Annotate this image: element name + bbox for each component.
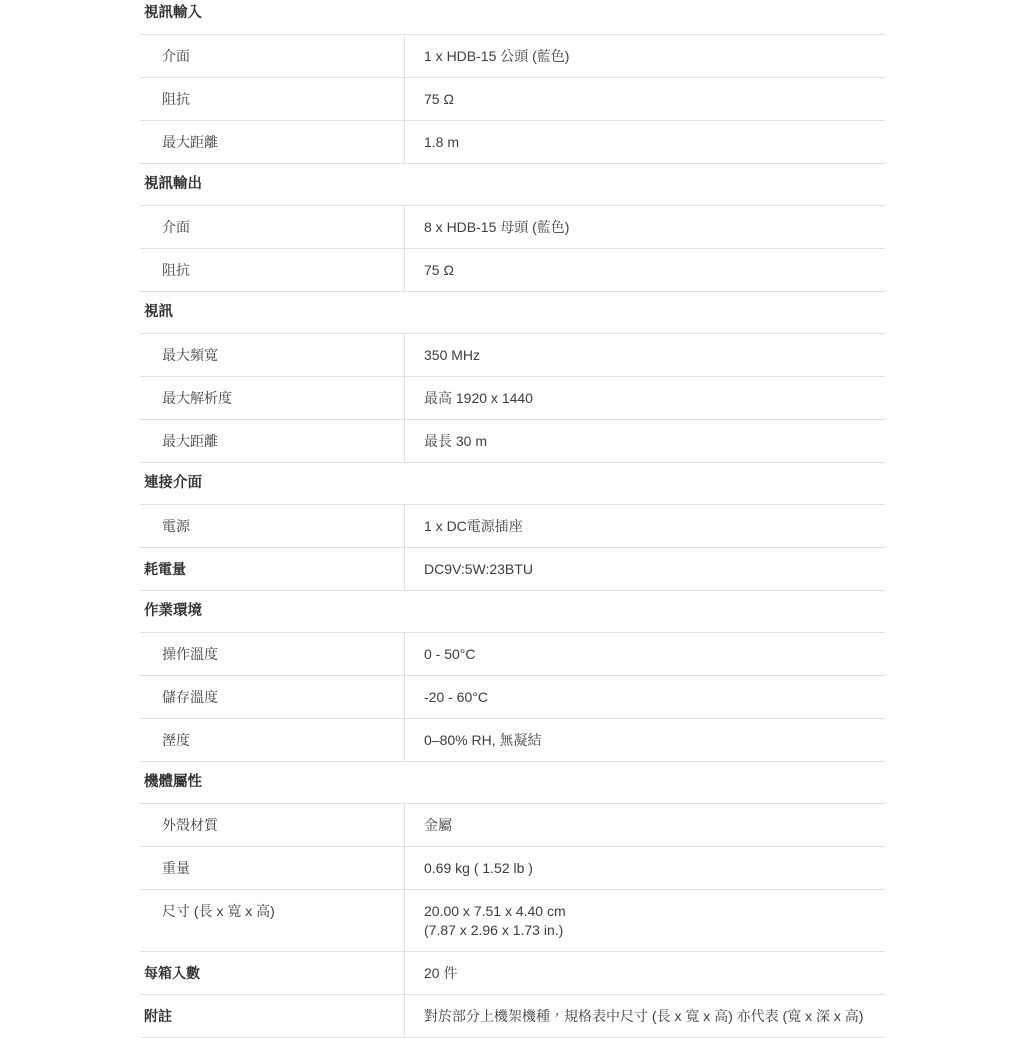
spec-label: 最大解析度 [140,377,405,419]
spec-row-video-max-bandwidth: 最大頻寬 350 MHz [140,334,885,377]
spec-value: 8 x HDB-15 母頭 (藍色) [405,206,885,248]
spec-label: 操作溫度 [140,633,405,675]
spec-row-humidity: 溼度 0–80% RH, 無凝結 [140,719,885,762]
spec-row-video-max-distance: 最大距離 最長 30 m [140,420,885,463]
spec-row-power-consumption: 耗電量 DC9V:5W:23BTU [140,548,885,591]
spec-table: 視訊輸入 介面 1 x HDB-15 公頭 (藍色) 阻抗 75 Ω 最大距離 … [140,0,885,1024]
spec-row-video-max-resolution: 最大解析度 最高 1920 x 1440 [140,377,885,420]
spec-label: 附註 [140,995,405,1024]
spec-value: 1.8 m [405,121,885,163]
spec-row-video-input-impedance: 阻抗 75 Ω [140,78,885,121]
spec-label: 介面 [140,206,405,248]
spec-value: 20 件 [405,952,885,994]
spec-row-weight: 重量 0.69 kg ( 1.52 lb ) [140,847,885,890]
spec-label: 尺寸 (長 x 寬 x 高) [140,890,405,951]
spec-label: 耗電量 [140,548,405,590]
spec-value: 最長 30 m [405,420,885,462]
spec-value: 金屬 [405,804,885,846]
spec-row-video-output-interface: 介面 8 x HDB-15 母頭 (藍色) [140,206,885,249]
spec-value: 最高 1920 x 1440 [405,377,885,419]
spec-label: 阻抗 [140,78,405,120]
spec-value: 1 x DC電源插座 [405,505,885,547]
spec-row-video-output-impedance: 阻抗 75 Ω [140,249,885,292]
section-header-environment: 作業環境 [140,591,885,633]
spec-label: 最大頻寬 [140,334,405,376]
spec-label: 最大距離 [140,420,405,462]
spec-label: 外殼材質 [140,804,405,846]
spec-row-video-input-max-distance: 最大距離 1.8 m [140,121,885,164]
spec-label: 每箱入數 [140,952,405,994]
spec-label: 溼度 [140,719,405,761]
spec-value-line-cm: 20.00 x 7.51 x 4.40 cm [424,902,873,921]
spec-value: 350 MHz [405,334,885,376]
spec-label: 重量 [140,847,405,889]
spec-value: -20 - 60°C [405,676,885,718]
spec-value: DC9V:5W:23BTU [405,548,885,590]
spec-value: 75 Ω [405,249,885,291]
spec-value: 對於部分上機架機種，規格表中尺寸 (長 x 寬 x 高) 亦代表 (寬 x 深 … [405,995,885,1024]
spec-label: 最大距離 [140,121,405,163]
section-header-video-output: 視訊輸出 [140,164,885,206]
spec-row-video-input-interface: 介面 1 x HDB-15 公頭 (藍色) [140,35,885,78]
section-header-physical: 機體屬性 [140,762,885,804]
spec-row-carton-quantity: 每箱入數 20 件 [140,952,885,995]
section-header-video-input: 視訊輸入 [140,0,885,35]
section-header-connectors: 連接介面 [140,463,885,505]
spec-label: 儲存溫度 [140,676,405,718]
spec-row-dimensions: 尺寸 (長 x 寬 x 高) 20.00 x 7.51 x 4.40 cm (7… [140,890,885,952]
spec-row-housing-material: 外殼材質 金屬 [140,804,885,847]
spec-value: 0 - 50°C [405,633,885,675]
spec-row-power-connector: 電源 1 x DC電源插座 [140,505,885,548]
spec-row-storage-temperature: 儲存溫度 -20 - 60°C [140,676,885,719]
spec-value: 1 x HDB-15 公頭 (藍色) [405,35,885,77]
spec-label: 介面 [140,35,405,77]
spec-value-line-in: (7.87 x 2.96 x 1.73 in.) [424,921,873,940]
spec-row-note: 附註 對於部分上機架機種，規格表中尺寸 (長 x 寬 x 高) 亦代表 (寬 x… [140,995,885,1024]
spec-value: 20.00 x 7.51 x 4.40 cm (7.87 x 2.96 x 1.… [405,890,885,951]
section-header-video: 視訊 [140,292,885,334]
spec-value: 75 Ω [405,78,885,120]
spec-value: 0–80% RH, 無凝結 [405,719,885,761]
spec-label: 阻抗 [140,249,405,291]
spec-value: 0.69 kg ( 1.52 lb ) [405,847,885,889]
spec-label: 電源 [140,505,405,547]
spec-row-operating-temperature: 操作溫度 0 - 50°C [140,633,885,676]
